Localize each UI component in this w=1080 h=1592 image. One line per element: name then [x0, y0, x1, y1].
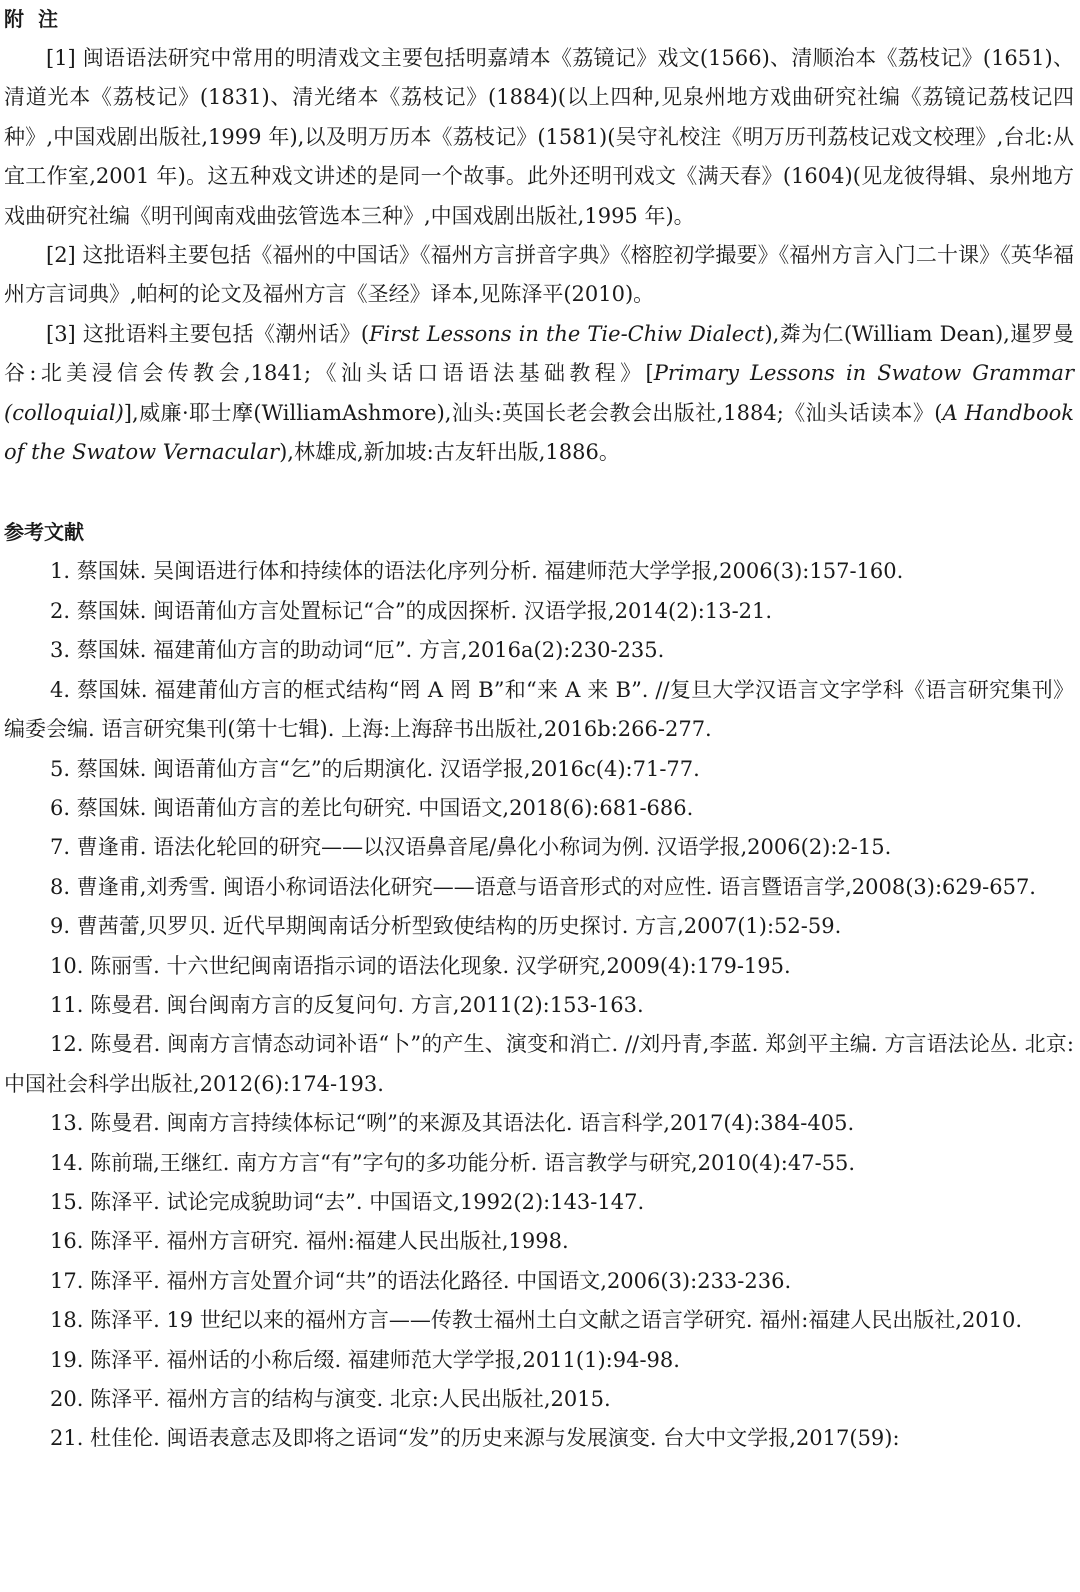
notes-heading: 附注 — [4, 0, 1074, 39]
reference-item: 13. 陈曼君. 闽南方言持续体标记“咧”的来源及其语法化. 语言科学,2017… — [4, 1104, 1074, 1143]
reference-item: 16. 陈泽平. 福州方言研究. 福州:福建人民出版社,1998. — [4, 1222, 1074, 1261]
reference-number: 10. — [50, 954, 83, 978]
reference-number: 5. — [50, 757, 70, 781]
reference-item: 14. 陈前瑞,王继红. 南方方言“有”字句的多功能分析. 语言教学与研究,20… — [4, 1144, 1074, 1183]
note-text-part: 这批语料主要包括《潮州话》( — [83, 322, 369, 346]
reference-item: 3. 蔡国妹. 福建莆仙方言的助动词“厄”. 方言,2016a(2):230-2… — [4, 631, 1074, 670]
note-text: 这批语料主要包括《福州的中国话》《福州方言拼音字典》《榕腔初学撮要》《福州方言入… — [4, 243, 1074, 306]
reference-item: 15. 陈泽平. 试论完成貌助词“去”. 中国语文,1992(2):143-14… — [4, 1183, 1074, 1222]
reference-item: 20. 陈泽平. 福州方言的结构与演变. 北京:人民出版社,2015. — [4, 1380, 1074, 1419]
reference-text: 曹茜蕾,贝罗贝. 近代早期闽南话分析型致使结构的历史探讨. 方言,2007(1)… — [77, 914, 842, 938]
reference-item: 6. 蔡国妹. 闽语莆仙方言的差比句研究. 中国语文,2018(6):681-6… — [4, 789, 1074, 828]
reference-text: 陈前瑞,王继红. 南方方言“有”字句的多功能分析. 语言教学与研究,2010(4… — [90, 1151, 855, 1175]
reference-number: 17. — [50, 1269, 83, 1293]
reference-item: 18. 陈泽平. 19 世纪以来的福州方言——传教士福州土白文献之语言学研究. … — [4, 1301, 1074, 1340]
reference-number: 19. — [50, 1348, 83, 1372]
document-page: 附注 [1] 闽语语法研究中常用的明清戏文主要包括明嘉靖本《荔镜记》戏文(156… — [0, 0, 1080, 1459]
note-3: [3] 这批语料主要包括《潮州话》(First Lessons in the T… — [4, 315, 1074, 473]
reference-item: 8. 曹逢甫,刘秀雪. 闽语小称词语法化研究——语意与语音形式的对应性. 语言暨… — [4, 868, 1074, 907]
note-number: [1] — [46, 46, 76, 70]
reference-item: 9. 曹茜蕾,贝罗贝. 近代早期闽南话分析型致使结构的历史探讨. 方言,2007… — [4, 907, 1074, 946]
reference-number: 6. — [50, 796, 70, 820]
reference-item: 21. 杜佳伦. 闽语表意志及即将之语词“发”的历史来源与发展演变. 台大中文学… — [4, 1419, 1074, 1458]
reference-text: 蔡国妹. 闽语莆仙方言的差比句研究. 中国语文,2018(6):681-686. — [77, 796, 694, 820]
reference-number: 12. — [50, 1032, 83, 1056]
reference-item: 1. 蔡国妹. 吴闽语进行体和持续体的语法化序列分析. 福建师范大学学报,200… — [4, 552, 1074, 591]
reference-number: 7. — [50, 835, 70, 859]
reference-item: 19. 陈泽平. 福州话的小称后缀. 福建师范大学学报,2011(1):94-9… — [4, 1341, 1074, 1380]
reference-item: 7. 曹逢甫. 语法化轮回的研究——以汉语鼻音尾/鼻化小称词为例. 汉语学报,2… — [4, 828, 1074, 867]
reference-number: 15. — [50, 1190, 83, 1214]
reference-number: 4. — [50, 678, 70, 702]
reference-text: 曹逢甫. 语法化轮回的研究——以汉语鼻音尾/鼻化小称词为例. 汉语学报,2006… — [77, 835, 892, 859]
reference-text: 陈丽雪. 十六世纪闽南语指示词的语法化现象. 汉学研究,2009(4):179-… — [90, 954, 791, 978]
reference-number: 9. — [50, 914, 70, 938]
reference-number: 2. — [50, 599, 70, 623]
reference-item: 17. 陈泽平. 福州方言处置介词“共”的语法化路径. 中国语文,2006(3)… — [4, 1262, 1074, 1301]
reference-item: 5. 蔡国妹. 闽语莆仙方言“乞”的后期演化. 汉语学报,2016c(4):71… — [4, 750, 1074, 789]
reference-item: 10. 陈丽雪. 十六世纪闽南语指示词的语法化现象. 汉学研究,2009(4):… — [4, 947, 1074, 986]
reference-item: 11. 陈曼君. 闽台闽南方言的反复问句. 方言,2011(2):153-163… — [4, 986, 1074, 1025]
reference-text: 陈曼君. 闽南方言情态动词补语“卜”的产生、演变和消亡. //刘丹青,李蓝. 郑… — [4, 1032, 1074, 1095]
reference-text: 蔡国妹. 吴闽语进行体和持续体的语法化序列分析. 福建师范大学学报,2006(3… — [77, 559, 904, 583]
reference-text: 陈泽平. 19 世纪以来的福州方言——传教士福州土白文献之语言学研究. 福州:福… — [90, 1308, 1022, 1332]
reference-text: 曹逢甫,刘秀雪. 闽语小称词语法化研究——语意与语音形式的对应性. 语言暨语言学… — [77, 875, 1036, 899]
reference-number: 8. — [50, 875, 70, 899]
reference-item: 4. 蔡国妹. 福建莆仙方言的框式结构“罔 A 罔 B”和“来 A 来 B”. … — [4, 671, 1074, 750]
note-text-part: ],威廉·耶士摩(WilliamAshmore),汕头:英国长老会教会出版社,1… — [124, 401, 943, 425]
note-text-part: ),林雄成,新加坡:古友轩出版,1886。 — [279, 440, 620, 464]
reference-text: 陈泽平. 试论完成貌助词“去”. 中国语文,1992(2):143-147. — [90, 1190, 644, 1214]
reference-text: 杜佳伦. 闽语表意志及即将之语词“发”的历史来源与发展演变. 台大中文学报,20… — [90, 1426, 899, 1450]
section-divider — [4, 472, 1074, 513]
reference-text: 蔡国妹. 闽语莆仙方言处置标记“合”的成因探析. 汉语学报,2014(2):13… — [77, 599, 772, 623]
reference-text: 蔡国妹. 福建莆仙方言的助动词“厄”. 方言,2016a(2):230-235. — [77, 638, 665, 662]
reference-number: 3. — [50, 638, 70, 662]
reference-item: 2. 蔡国妹. 闽语莆仙方言处置标记“合”的成因探析. 汉语学报,2014(2)… — [4, 592, 1074, 631]
reference-number: 11. — [50, 993, 83, 1017]
reference-text: 陈泽平. 福州方言研究. 福州:福建人民出版社,1998. — [90, 1229, 569, 1253]
reference-number: 14. — [50, 1151, 83, 1175]
reference-text: 陈曼君. 闽南方言持续体标记“咧”的来源及其语法化. 语言科学,2017(4):… — [90, 1111, 854, 1135]
reference-text: 蔡国妹. 福建莆仙方言的框式结构“罔 A 罔 B”和“来 A 来 B”. //复… — [4, 678, 1074, 741]
reference-number: 18. — [50, 1308, 83, 1332]
note-number: [2] — [46, 243, 76, 267]
note-text: 闽语语法研究中常用的明清戏文主要包括明嘉靖本《荔镜记》戏文(1566)、清顺治本… — [4, 46, 1074, 228]
note-number: [3] — [46, 322, 76, 346]
reference-number: 20. — [50, 1387, 83, 1411]
references-heading: 参考文献 — [4, 513, 1074, 552]
reference-text: 陈泽平. 福州方言的结构与演变. 北京:人民出版社,2015. — [90, 1387, 611, 1411]
reference-text: 陈泽平. 福州方言处置介词“共”的语法化路径. 中国语文,2006(3):233… — [90, 1269, 791, 1293]
note-title-english: First Lessons in the Tie-Chiw Dialect — [369, 322, 764, 346]
reference-number: 16. — [50, 1229, 83, 1253]
reference-list: 1. 蔡国妹. 吴闽语进行体和持续体的语法化序列分析. 福建师范大学学报,200… — [4, 552, 1074, 1458]
note-1: [1] 闽语语法研究中常用的明清戏文主要包括明嘉靖本《荔镜记》戏文(1566)、… — [4, 39, 1074, 236]
reference-text: 陈泽平. 福州话的小称后缀. 福建师范大学学报,2011(1):94-98. — [90, 1348, 680, 1372]
reference-number: 13. — [50, 1111, 83, 1135]
reference-text: 陈曼君. 闽台闽南方言的反复问句. 方言,2011(2):153-163. — [90, 993, 644, 1017]
reference-number: 21. — [50, 1426, 83, 1450]
reference-item: 12. 陈曼君. 闽南方言情态动词补语“卜”的产生、演变和消亡. //刘丹青,李… — [4, 1025, 1074, 1104]
reference-number: 1. — [50, 559, 70, 583]
note-2: [2] 这批语料主要包括《福州的中国话》《福州方言拼音字典》《榕腔初学撮要》《福… — [4, 236, 1074, 315]
reference-text: 蔡国妹. 闽语莆仙方言“乞”的后期演化. 汉语学报,2016c(4):71-77… — [77, 757, 700, 781]
